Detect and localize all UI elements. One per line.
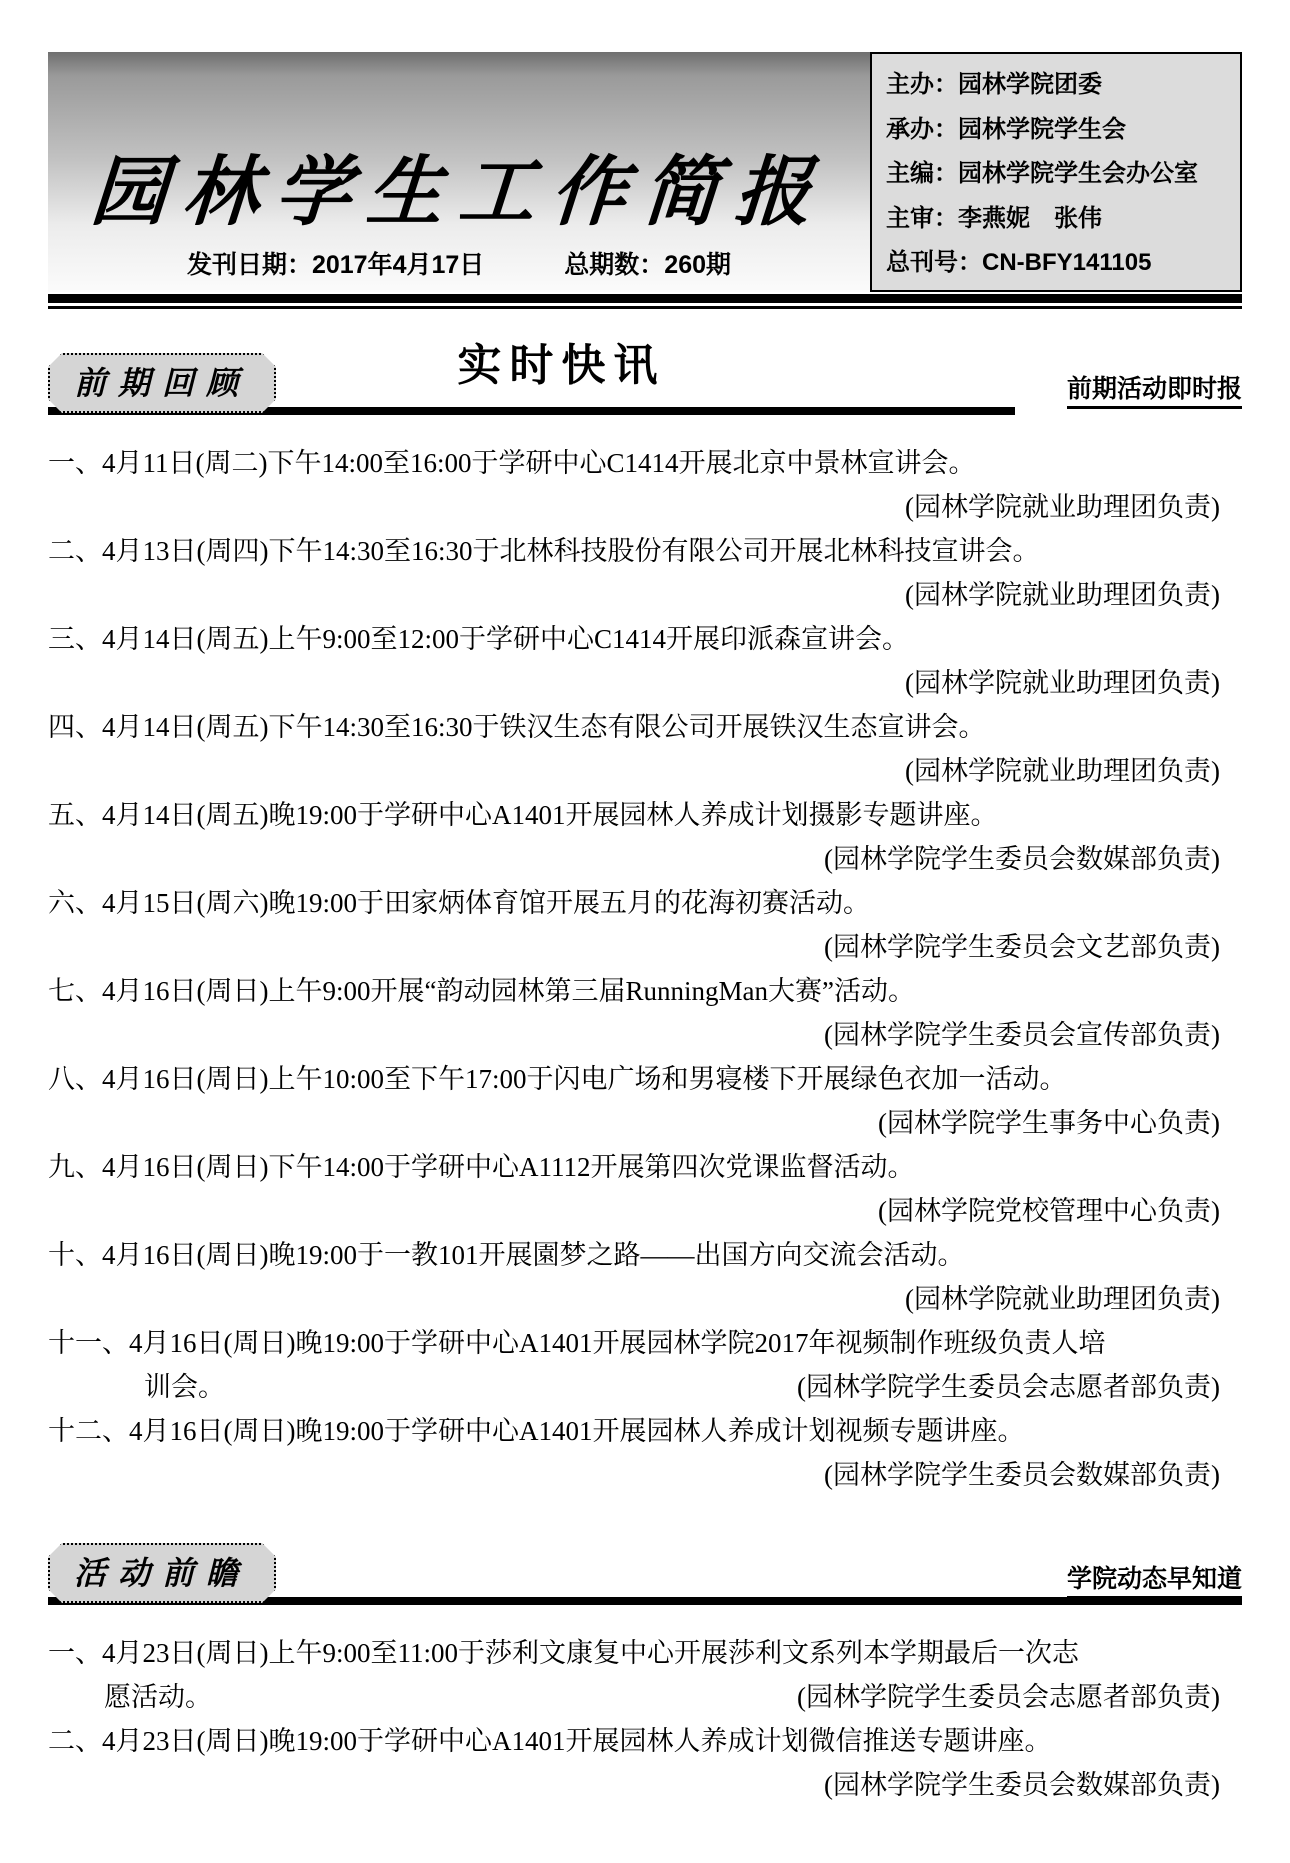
bulletin-item: 三、4月14日(周五)上午9:00至12:00于学研中心C1414开展印派森宣讲… [48, 617, 1242, 705]
section-header-preview: 活动前瞻 学院动态早知道 [48, 1517, 1242, 1605]
bulletin-item: 九、4月16日(周日)下午14:00于学研中心A1112开展第四次党课监督活动。… [48, 1145, 1242, 1233]
item-text: 四、4月14日(周五)下午14:30至16:30于铁汉生态有限公司开展铁汉生态宣… [48, 705, 1242, 749]
section-badge-preview: 活动前瞻 [48, 1543, 276, 1603]
bulletin-item: 二、4月13日(周四)下午14:30至16:30于北林科技股份有限公司开展北林科… [48, 529, 1242, 617]
item-responsible: (园林学院学生委员会宣传部负责) [48, 1013, 1242, 1057]
bulletin-item: 八、4月16日(周日)上午10:00至下午17:00于闪电广场和男寝楼下开展绿色… [48, 1057, 1242, 1145]
info-issue-number: 总刊号：CN-BFY141105 [886, 242, 1226, 284]
bulletin-item: 十、4月16日(周日)晚19:00于一教101开展園梦之路——出国方向交流会活动… [48, 1233, 1242, 1321]
section-tagline-review: 前期活动即时报 [1067, 369, 1242, 409]
info-undertaker: 承办：园林学院学生会 [886, 109, 1226, 151]
item-text: 一、4月23日(周日)上午9:00至11:00于莎利文康复中心开展莎利文系列本学… [48, 1631, 1242, 1675]
section-tagline-preview: 学院动态早知道 [1067, 1559, 1242, 1599]
masthead-banner: 园林学生工作简报 发刊日期：2017年4月17日 总期数：260期 [48, 52, 870, 292]
bulletin-item: 四、4月14日(周五)下午14:30至16:30于铁汉生态有限公司开展铁汉生态宣… [48, 705, 1242, 793]
item-responsible: (园林学院就业助理团负责) [48, 661, 1242, 705]
item-responsible: (园林学院学生委员会志愿者部负责) [797, 1365, 1242, 1409]
section-title-news: 实时快讯 [457, 329, 665, 393]
bulletin-page: 园林学生工作简报 发刊日期：2017年4月17日 总期数：260期 主办：园林学… [0, 0, 1290, 1863]
masthead: 园林学生工作简报 发刊日期：2017年4月17日 总期数：260期 主办：园林学… [48, 52, 1242, 292]
rule-thick [48, 294, 1242, 303]
item-text: 六、4月15日(周六)晚19:00于田家炳体育馆开展五月的花海初赛活动。 [48, 881, 1242, 925]
masthead-meta: 发刊日期：2017年4月17日 总期数：260期 [187, 248, 731, 282]
item-text: 九、4月16日(周日)下午14:00于学研中心A1112开展第四次党课监督活动。 [48, 1145, 1242, 1189]
bulletin-title: 园林学生工作简报 [88, 150, 830, 234]
item-text: 训会。 [144, 1365, 225, 1409]
info-chief-editor: 主编：园林学院学生会办公室 [886, 153, 1226, 195]
item-responsible: (园林学院就业助理团负责) [48, 749, 1242, 793]
item-line: 训会。(园林学院学生委员会志愿者部负责) [48, 1365, 1242, 1409]
item-line: 愿活动。(园林学院学生委员会志愿者部负责) [48, 1675, 1242, 1719]
item-text: 十、4月16日(周日)晚19:00于一教101开展園梦之路——出国方向交流会活动… [48, 1233, 1242, 1277]
rule-thin [48, 306, 1242, 309]
issue-total: 总期数：260期 [564, 248, 731, 282]
preview-items-list: 一、4月23日(周日)上午9:00至11:00于莎利文康复中心开展莎利文系列本学… [48, 1631, 1242, 1807]
item-text: 十二、4月16日(周日)晚19:00于学研中心A1401开展园林人养成计划视频专… [48, 1409, 1242, 1453]
item-responsible: (园林学院学生委员会数媒部负责) [48, 837, 1242, 881]
bulletin-item: 十二、4月16日(周日)晚19:00于学研中心A1401开展园林人养成计划视频专… [48, 1409, 1242, 1497]
item-responsible: (园林学院党校管理中心负责) [48, 1189, 1242, 1233]
item-text: 五、4月14日(周五)晚19:00于学研中心A1401开展园林人养成计划摄影专题… [48, 793, 1242, 837]
bulletin-item: 一、4月23日(周日)上午9:00至11:00于莎利文康复中心开展莎利文系列本学… [48, 1631, 1242, 1719]
review-items-list: 一、4月11日(周二)下午14:00至16:00于学研中心C1414开展北京中景… [48, 441, 1242, 1497]
item-responsible: (园林学院就业助理团负责) [48, 1277, 1242, 1321]
item-text: 八、4月16日(周日)上午10:00至下午17:00于闪电广场和男寝楼下开展绿色… [48, 1057, 1242, 1101]
bulletin-item: 一、4月11日(周二)下午14:00至16:00于学研中心C1414开展北京中景… [48, 441, 1242, 529]
bulletin-item: 五、4月14日(周五)晚19:00于学研中心A1401开展园林人养成计划摄影专题… [48, 793, 1242, 881]
section-header-review: 前期回顾 实时快讯 前期活动即时报 [48, 327, 1242, 415]
item-text: 一、4月11日(周二)下午14:00至16:00于学研中心C1414开展北京中景… [48, 441, 1242, 485]
item-text: 愿活动。 [104, 1675, 212, 1719]
item-text: 七、4月16日(周日)上午9:00开展“韵动园林第三届RunningMan大赛”… [48, 969, 1242, 1013]
item-text: 十一、4月16日(周日)晚19:00于学研中心A1401开展园林学院2017年视… [48, 1321, 1242, 1365]
bulletin-item: 十一、4月16日(周日)晚19:00于学研中心A1401开展园林学院2017年视… [48, 1321, 1242, 1409]
item-responsible: (园林学院就业助理团负责) [48, 485, 1242, 529]
masthead-info-box: 主办：园林学院团委 承办：园林学院学生会 主编：园林学院学生会办公室 主审：李燕… [870, 52, 1242, 292]
item-responsible: (园林学院就业助理团负责) [48, 573, 1242, 617]
header-double-rule [48, 294, 1242, 309]
bulletin-item: 六、4月15日(周六)晚19:00于田家炳体育馆开展五月的花海初赛活动。(园林学… [48, 881, 1242, 969]
section-badge-review: 前期回顾 [48, 353, 276, 413]
bulletin-item: 七、4月16日(周日)上午9:00开展“韵动园林第三届RunningMan大赛”… [48, 969, 1242, 1057]
publish-date: 发刊日期：2017年4月17日 [187, 248, 484, 282]
item-text: 三、4月14日(周五)上午9:00至12:00于学研中心C1414开展印派森宣讲… [48, 617, 1242, 661]
item-responsible: (园林学院学生委员会文艺部负责) [48, 925, 1242, 969]
item-responsible: (园林学院学生事务中心负责) [48, 1101, 1242, 1145]
item-text: 二、4月23日(周日)晚19:00于学研中心A1401开展园林人养成计划微信推送… [48, 1719, 1242, 1763]
item-text: 二、4月13日(周四)下午14:30至16:30于北林科技股份有限公司开展北林科… [48, 529, 1242, 573]
bulletin-item: 二、4月23日(周日)晚19:00于学研中心A1401开展园林人养成计划微信推送… [48, 1719, 1242, 1807]
item-responsible: (园林学院学生委员会数媒部负责) [48, 1763, 1242, 1807]
item-responsible: (园林学院学生委员会数媒部负责) [48, 1453, 1242, 1497]
info-chief-reviewer: 主审：李燕妮 张伟 [886, 198, 1226, 240]
info-organizer: 主办：园林学院团委 [886, 64, 1226, 106]
item-responsible: (园林学院学生委员会志愿者部负责) [797, 1675, 1242, 1719]
